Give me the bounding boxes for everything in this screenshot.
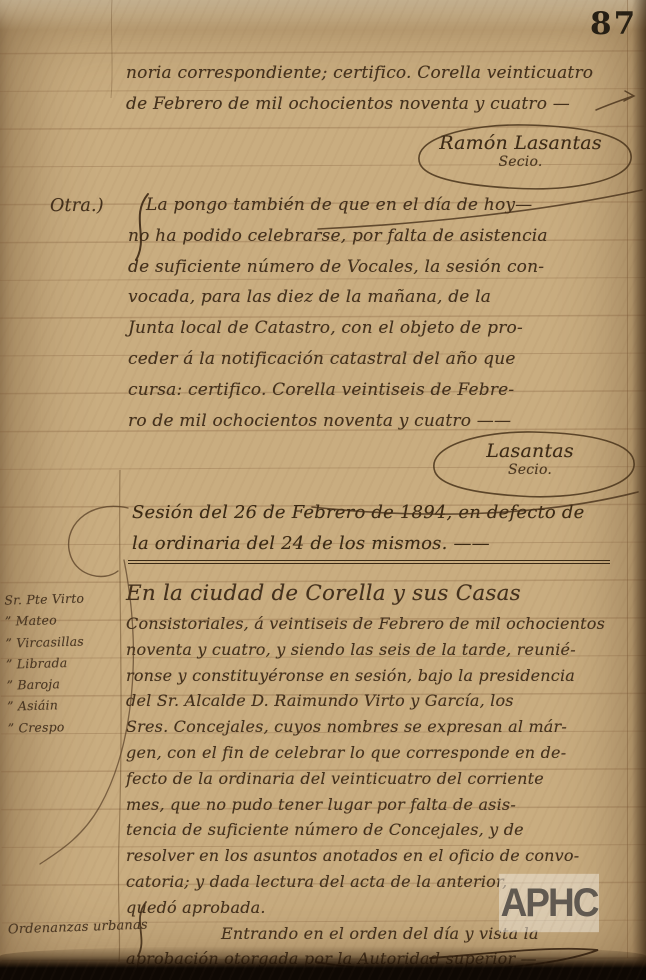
- heading-line: la ordinaria del 24 de los mismos. ——: [132, 528, 620, 559]
- text-line: noria correspondiente; certifico. Corell…: [126, 58, 631, 89]
- text-line: La pongo también de que en el día de hoy…: [128, 190, 630, 221]
- signature-name: Ramón Lasantas: [398, 132, 643, 154]
- photo-edge-shadow: [0, 946, 646, 980]
- text-line: tencia de suficiente número de Concejale…: [126, 817, 636, 843]
- signature-title: Secio.: [415, 462, 645, 478]
- heading-line: Sesión del 26 de Febrero de 1894, en def…: [132, 497, 620, 528]
- manuscript-page: 87 noria correspondiente; certifico. Cor…: [0, 0, 646, 980]
- margin-attendees: Sr. Pte Virto ” Mateo ” Vircasillas ” Li…: [4, 586, 132, 738]
- text-line: mes, que no pudo tener lugar por falta d…: [126, 792, 636, 818]
- text-line: noventa y cuatro, y siendo las seis de l…: [126, 637, 636, 663]
- text-line: gen, con el fin de celebrar lo que corre…: [126, 740, 636, 766]
- text-line: Consistoriales, á veintiseis de Febrero …: [126, 611, 636, 637]
- text-line: vocada, para las diez de la mañana, de l…: [128, 282, 630, 313]
- session-heading: Sesión del 26 de Febrero de 1894, en def…: [132, 497, 620, 559]
- aphc-watermark: APHC: [499, 874, 599, 932]
- text-line: resolver en los asuntos anotados en el o…: [126, 843, 636, 869]
- signature-ramon-lasantas: Ramón Lasantas Secio.: [398, 118, 643, 196]
- text-line: ronse y constituyéronse en sesión, bajo …: [126, 663, 636, 689]
- text-line: del Sr. Alcalde D. Raimundo Virto y Garc…: [126, 688, 636, 714]
- attendee: ” Crespo: [7, 714, 132, 739]
- signature-lasantas: Lasantas Secio.: [415, 424, 645, 504]
- text-line: ceder á la notificación catastral del añ…: [128, 344, 630, 375]
- text-line: Junta local de Catastro, con el objeto d…: [128, 313, 630, 344]
- margin-note-otra: Otra.): [50, 196, 104, 216]
- text-line: fecto de la ordinaria del veinticuatro d…: [126, 766, 636, 792]
- signature-title: Secio.: [398, 154, 643, 170]
- otra-entry-text: La pongo también de que en el día de hoy…: [128, 190, 630, 436]
- text-line: En la ciudad de Corella y sus Casas: [126, 577, 636, 611]
- previous-entry-text: noria correspondiente; certifico. Corell…: [126, 58, 631, 120]
- heading-double-underline: [128, 560, 610, 564]
- text-line: Sres. Concejales, cuyos nombres se expre…: [126, 714, 636, 740]
- text-line: de Febrero de mil ochocientos noventa y …: [126, 89, 631, 120]
- text-line: de suficiente número de Vocales, la sesi…: [128, 252, 630, 283]
- page-number: 87: [590, 6, 637, 42]
- signature-name: Lasantas: [415, 440, 645, 462]
- paper-top-edge: [0, 0, 646, 30]
- text-line: cursa: certifico. Corella veintiseis de …: [128, 375, 630, 406]
- text-line: no ha podido celebrarse, por falta de as…: [128, 221, 630, 252]
